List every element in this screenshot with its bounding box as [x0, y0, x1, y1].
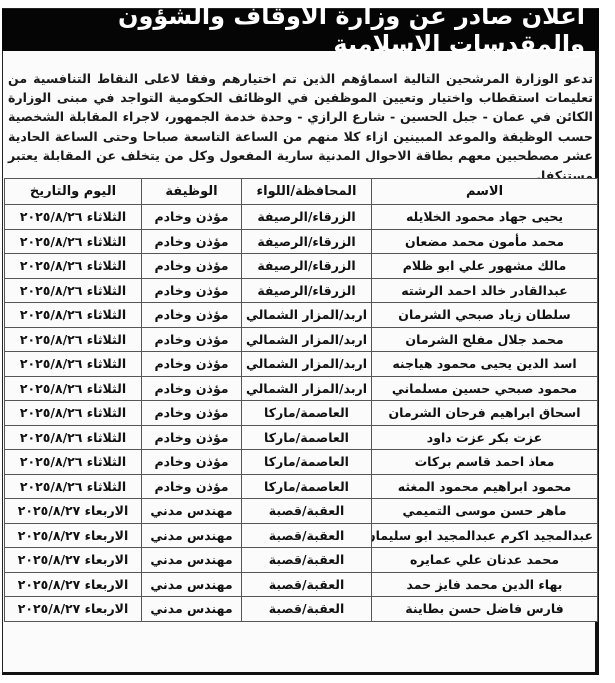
- cell-job: مؤذن وخادم: [142, 474, 242, 499]
- table-row: اسد الدين يحيى محمود هياجنهاربد/المزار ا…: [5, 352, 598, 377]
- cell-date: الثلاثاء ٢٠٢٥/٨/٢٦: [5, 450, 142, 475]
- cell-date: الثلاثاء ٢٠٢٥/٨/٢٦: [5, 474, 142, 499]
- cell-governorate: العاصمة/ماركا: [242, 425, 372, 450]
- cell-governorate: الزرقاء/الرصيفة: [242, 205, 372, 230]
- cell-date: الثلاثاء ٢٠٢٥/٨/٢٦: [5, 254, 142, 279]
- cell-name: عبدالمجيد اكرم عبدالمجيد ابو سليمان: [372, 523, 598, 548]
- table-row: محمد مأمون محمد مضعانالزرقاء/الرصيفةمؤذن…: [5, 229, 598, 254]
- cell-job: مهندس مدني: [142, 572, 242, 597]
- cell-name: اسد الدين يحيى محمود هياجنه: [372, 352, 598, 377]
- cell-governorate: العاصمة/ماركا: [242, 450, 372, 475]
- cell-governorate: اربد/المزار الشمالي: [242, 327, 372, 352]
- table-row: عزت بكر عزت داودالعاصمة/ماركامؤذن وخادما…: [5, 425, 598, 450]
- cell-governorate: العقبة/قصبة: [242, 597, 372, 622]
- cell-job: مؤذن وخادم: [142, 352, 242, 377]
- cell-job: مهندس مدني: [142, 499, 242, 524]
- table-row: سلطان زياد صبحي الشرماناربد/المزار الشما…: [5, 303, 598, 328]
- cell-job: مهندس مدني: [142, 597, 242, 622]
- cell-date: الثلاثاء ٢٠٢٥/٨/٢٦: [5, 229, 142, 254]
- cell-name: بهاء الدين محمد فايز حمد: [372, 572, 598, 597]
- cell-name: اسحاق ابراهيم فرحان الشرمان: [372, 401, 598, 426]
- table-row: محمد جلال مفلح الشرماناربد/المزار الشمال…: [5, 327, 598, 352]
- table-row: محمد عدنان علي عمايرهالعقبة/قصبةمهندس مد…: [5, 548, 598, 573]
- table-row: ماهر حسن موسى التميميالعقبة/قصبةمهندس مد…: [5, 499, 598, 524]
- cell-governorate: اربد/المزار الشمالي: [242, 352, 372, 377]
- cell-name: يحيى جهاد محمود الخلايله: [372, 205, 598, 230]
- header-date: اليوم والتاريخ: [5, 179, 142, 205]
- cell-job: مؤذن وخادم: [142, 205, 242, 230]
- cell-job: مهندس مدني: [142, 523, 242, 548]
- cell-name: محمد عدنان علي عمايره: [372, 548, 598, 573]
- cell-job: مؤذن وخادم: [142, 278, 242, 303]
- cell-name: ماهر حسن موسى التميمي: [372, 499, 598, 524]
- cell-governorate: العقبة/قصبة: [242, 572, 372, 597]
- cell-date: الثلاثاء ٢٠٢٥/٨/٢٦: [5, 376, 142, 401]
- cell-name: محمد جلال مفلح الشرمان: [372, 327, 598, 352]
- cell-date: الاربعاء ٢٠٢٥/٨/٢٧: [5, 572, 142, 597]
- cell-governorate: الزرقاء/الرصيفة: [242, 229, 372, 254]
- cell-job: مهندس مدني: [142, 548, 242, 573]
- cell-date: الاربعاء ٢٠٢٥/٨/٢٧: [5, 499, 142, 524]
- cell-date: الثلاثاء ٢٠٢٥/٨/٢٦: [5, 303, 142, 328]
- table-header-row: الاسم المحافظة/اللواء الوظيفة اليوم والت…: [5, 179, 598, 205]
- table-row: مالك مشهور علي ابو ظلامالزرقاء/الرصيفةمؤ…: [5, 254, 598, 279]
- cell-job: مؤذن وخادم: [142, 450, 242, 475]
- cell-job: مؤذن وخادم: [142, 327, 242, 352]
- cell-date: الثلاثاء ٢٠٢٥/٨/٢٦: [5, 205, 142, 230]
- intro-paragraph: تدعو الوزارة المرشحين التالية اسماؤهم ال…: [8, 69, 593, 185]
- cell-name: عبدالقادر خالد احمد الرشته: [372, 278, 598, 303]
- cell-governorate: العقبة/قصبة: [242, 548, 372, 573]
- cell-job: مؤذن وخادم: [142, 303, 242, 328]
- cell-governorate: الزرقاء/الرصيفة: [242, 278, 372, 303]
- cell-name: فارس فاضل حسن بطاينة: [372, 597, 598, 622]
- cell-name: مالك مشهور علي ابو ظلام: [372, 254, 598, 279]
- table-row: معاذ احمد قاسم بركاتالعاصمة/ماركامؤذن وخ…: [5, 450, 598, 475]
- cell-governorate: العاصمة/ماركا: [242, 474, 372, 499]
- table-row: محمود ابراهيم محمود المغثهالعاصمة/ماركام…: [5, 474, 598, 499]
- cell-name: محمود ابراهيم محمود المغثه: [372, 474, 598, 499]
- title-text: اعلان صادر عن وزارة الاوقاف والشؤون والم…: [2, 2, 585, 58]
- table-row: عبدالمجيد اكرم عبدالمجيد ابو سليمانالعقب…: [5, 523, 598, 548]
- cell-job: مؤذن وخادم: [142, 401, 242, 426]
- cell-date: الثلاثاء ٢٠٢٥/٨/٢٦: [5, 425, 142, 450]
- table-row: عبدالقادر خالد احمد الرشتهالزرقاء/الرصيف…: [5, 278, 598, 303]
- cell-date: الاربعاء ٢٠٢٥/٨/٢٧: [5, 523, 142, 548]
- cell-date: الاربعاء ٢٠٢٥/٨/٢٧: [5, 597, 142, 622]
- table-row: فارس فاضل حسن بطاينةالعقبة/قصبةمهندس مدن…: [5, 597, 598, 622]
- cell-date: الثلاثاء ٢٠٢٥/٨/٢٦: [5, 352, 142, 377]
- cell-job: مؤذن وخادم: [142, 229, 242, 254]
- cell-governorate: اربد/المزار الشمالي: [242, 376, 372, 401]
- table-row: محمود صبحي حسين مسلمانياربد/المزار الشما…: [5, 376, 598, 401]
- cell-job: مؤذن وخادم: [142, 376, 242, 401]
- table-row: بهاء الدين محمد فايز حمدالعقبة/قصبةمهندس…: [5, 572, 598, 597]
- cell-job: مؤذن وخادم: [142, 425, 242, 450]
- cell-date: الثلاثاء ٢٠٢٥/٨/٢٦: [5, 401, 142, 426]
- cell-date: الثلاثاء ٢٠٢٥/٨/٢٦: [5, 278, 142, 303]
- cell-name: سلطان زياد صبحي الشرمان: [372, 303, 598, 328]
- header-job: الوظيفة: [142, 179, 242, 205]
- cell-governorate: العاصمة/ماركا: [242, 401, 372, 426]
- cell-governorate: العقبة/قصبة: [242, 499, 372, 524]
- cell-name: محمود صبحي حسين مسلماني: [372, 376, 598, 401]
- cell-date: الثلاثاء ٢٠٢٥/٨/٢٦: [5, 327, 142, 352]
- cell-governorate: الزرقاء/الرصيفة: [242, 254, 372, 279]
- header-governorate: المحافظة/اللواء: [242, 179, 372, 205]
- table-row: يحيى جهاد محمود الخلايلهالزرقاء/الرصيفةم…: [5, 205, 598, 230]
- table-row: اسحاق ابراهيم فرحان الشرمانالعاصمة/ماركا…: [5, 401, 598, 426]
- cell-name: معاذ احمد قاسم بركات: [372, 450, 598, 475]
- cell-name: محمد مأمون محمد مضعان: [372, 229, 598, 254]
- cell-job: مؤذن وخادم: [142, 254, 242, 279]
- cell-name: عزت بكر عزت داود: [372, 425, 598, 450]
- candidates-table: الاسم المحافظة/اللواء الوظيفة اليوم والت…: [4, 178, 598, 622]
- header-name: الاسم: [372, 179, 598, 205]
- announcement-title: اعلان صادر عن وزارة الاوقاف والشؤون والم…: [2, 9, 599, 51]
- cell-governorate: العقبة/قصبة: [242, 523, 372, 548]
- cell-governorate: اربد/المزار الشمالي: [242, 303, 372, 328]
- cell-date: الاربعاء ٢٠٢٥/٨/٢٧: [5, 548, 142, 573]
